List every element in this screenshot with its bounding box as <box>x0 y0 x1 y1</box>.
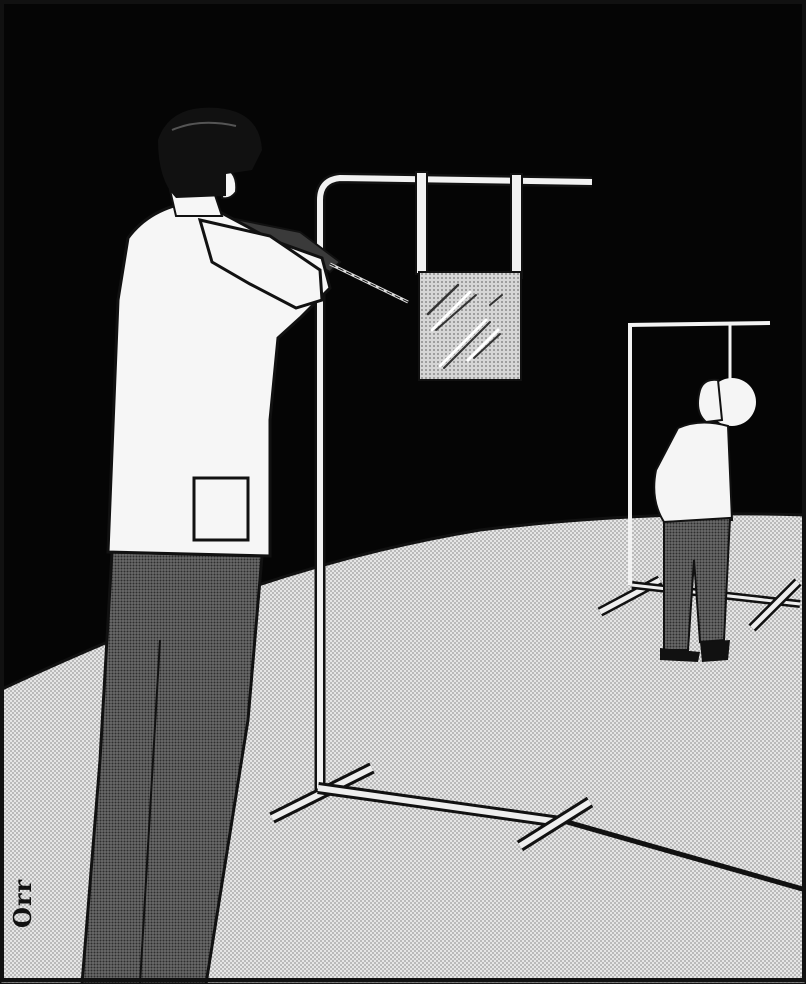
mirror-target <box>419 272 521 380</box>
artist-signature: Orr <box>8 858 42 928</box>
cartoon-scene <box>0 0 806 984</box>
jacket-pocket <box>194 478 248 540</box>
